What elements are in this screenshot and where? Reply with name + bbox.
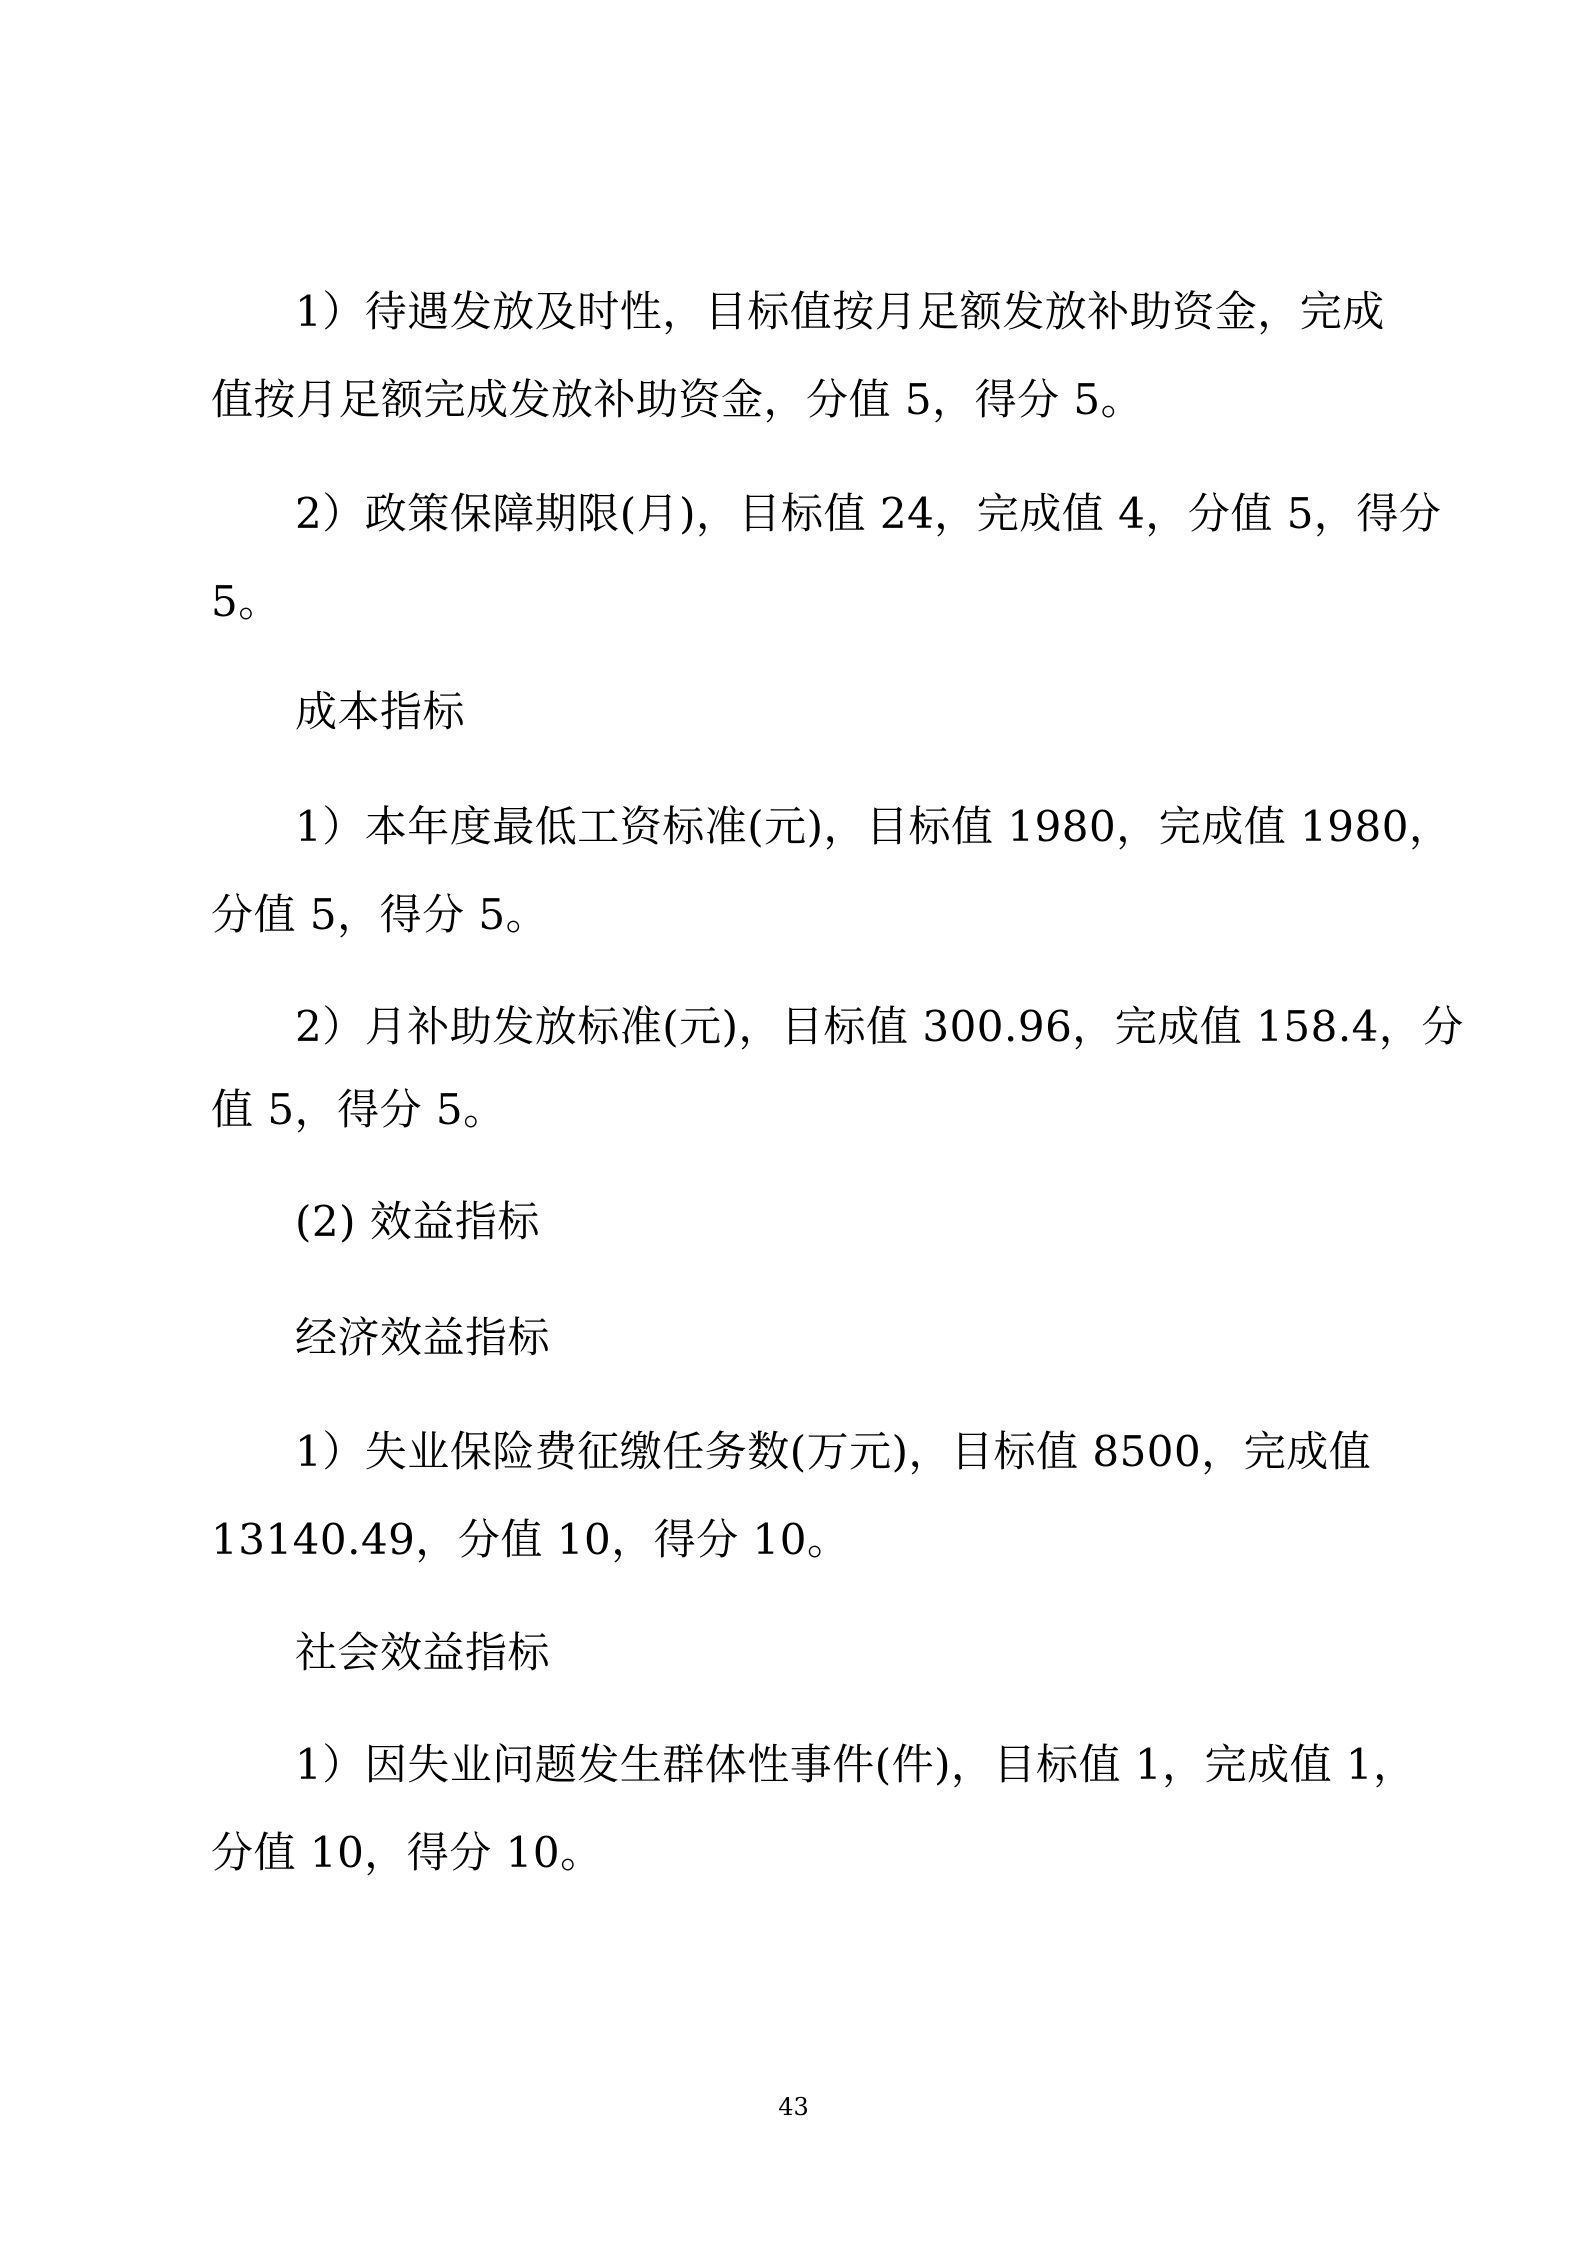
document-page: 1）待遇发放及时性，目标值按月足额发放补助资金，完成 值按月足额完成发放补助资金… — [0, 0, 1587, 2245]
paragraph-1-line-2: 值按月足额完成发放补助资金，分值 5，得分 5。 — [211, 375, 1407, 425]
paragraph-5-line-1: 1）失业保险费征缴任务数(万元)，目标值 8500，完成值 — [211, 1427, 1491, 1477]
page-number: 43 — [0, 2093, 1587, 2121]
paragraph-4-line-2: 值 5，得分 5。 — [211, 1085, 1407, 1135]
paragraph-3-line-1: 1）本年度最低工资标准(元)，目标值 1980，完成值 1980， — [211, 802, 1491, 852]
paragraph-1-line-1: 1）待遇发放及时性，目标值按月足额发放补助资金，完成 — [211, 287, 1491, 337]
section-heading-social-benefit: 社会效益指标 — [211, 1628, 1491, 1678]
paragraph-4-line-1: 2）月补助发放标准(元)，目标值 300.96，完成值 158.4，分 — [211, 1002, 1491, 1052]
paragraph-3-line-2: 分值 5，得分 5。 — [211, 890, 1407, 940]
section-heading-economic-benefit: 经济效益指标 — [211, 1313, 1491, 1363]
section-heading-cost: 成本指标 — [211, 687, 1491, 737]
paragraph-6-line-2: 分值 10，得分 10。 — [211, 1828, 1407, 1878]
paragraph-5-line-2: 13140.49，分值 10，得分 10。 — [211, 1515, 1407, 1565]
paragraph-2-line-1: 2）政策保障期限(月)，目标值 24，完成值 4，分值 5，得分 — [211, 489, 1491, 539]
paragraph-2-line-2: 5。 — [211, 577, 1407, 627]
paragraph-6-line-1: 1）因失业问题发生群体性事件(件)，目标值 1，完成值 1， — [211, 1740, 1491, 1790]
section-heading-benefit: (2) 效益指标 — [211, 1197, 1491, 1247]
